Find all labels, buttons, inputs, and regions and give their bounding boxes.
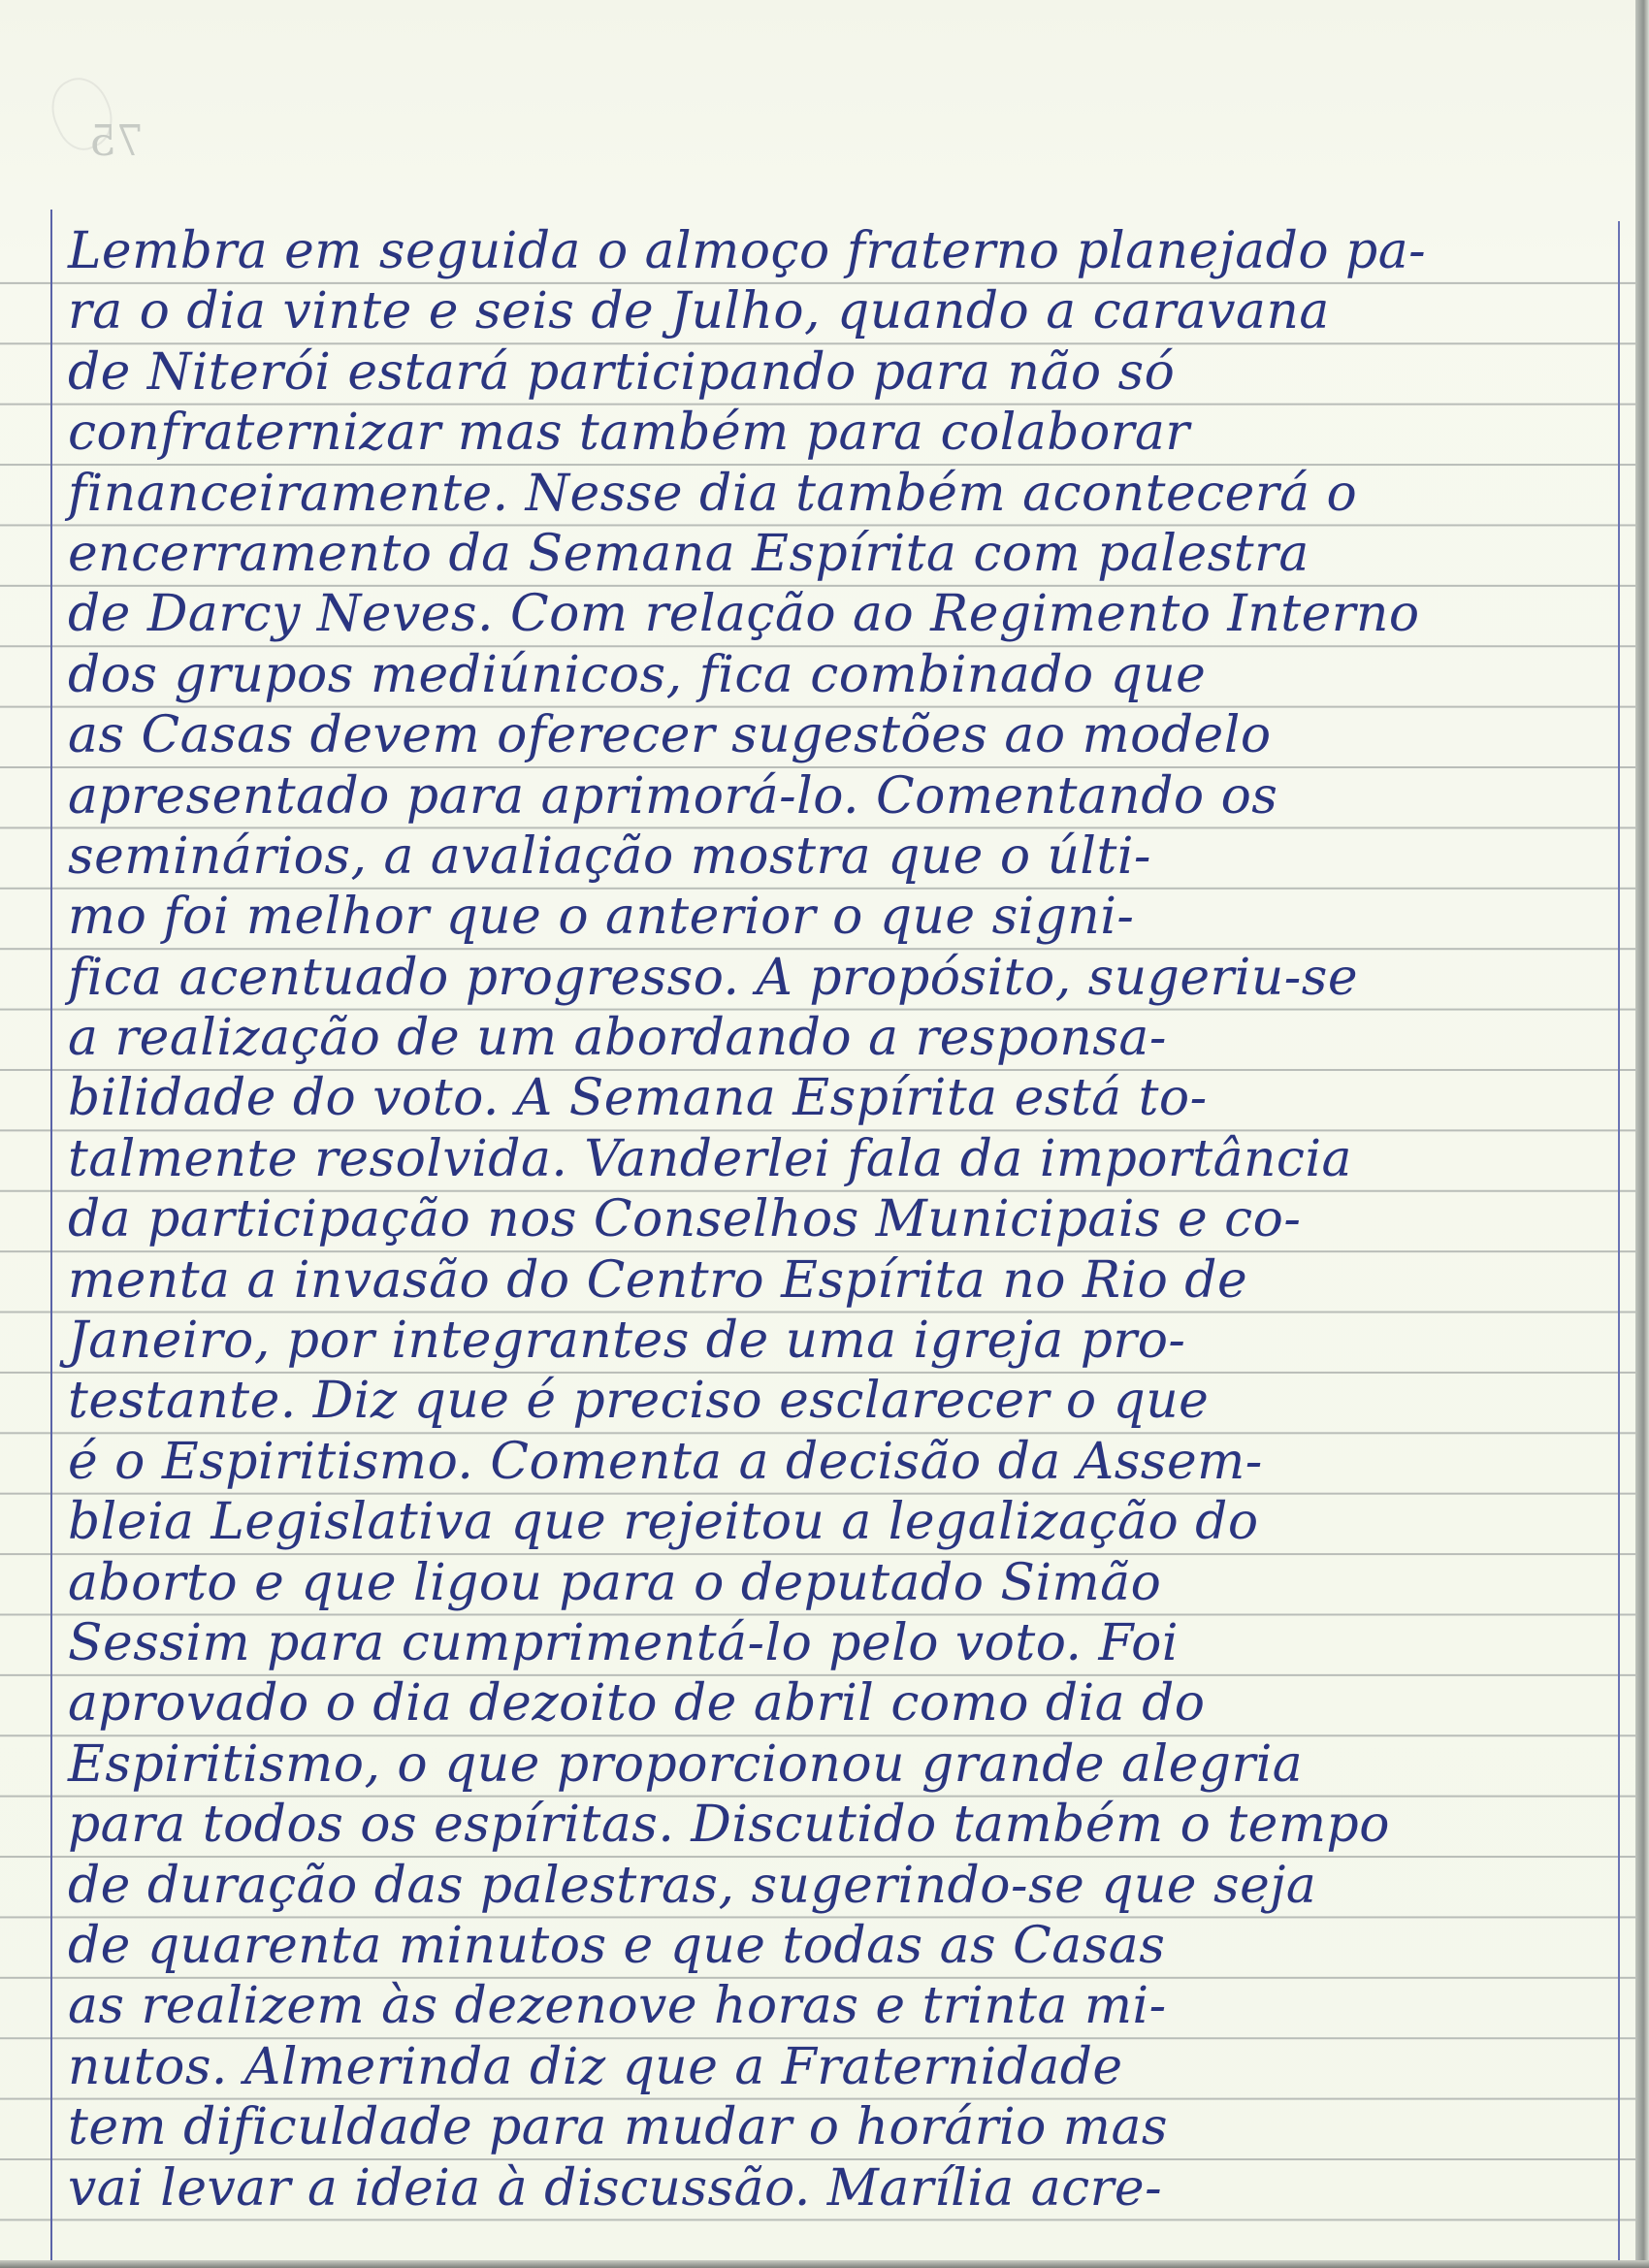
page-edge-shadow xyxy=(1635,0,1649,2268)
handwritten-line: talmente resolvida. Vanderlei fala da im… xyxy=(68,1129,1605,1189)
handwritten-line: Lembra em seguida o almoço fraterno plan… xyxy=(68,221,1605,281)
handwritten-line: seminários, a avaliação mostra que o últ… xyxy=(68,826,1605,887)
handwritten-line: menta a invasão do Centro Espírita no Ri… xyxy=(68,1250,1605,1311)
left-margin-line xyxy=(50,210,52,2268)
handwritten-line: apresentado para aprimorá-lo. Comentando… xyxy=(68,766,1605,826)
handwritten-line: é o Espiritismo. Comenta a decisão da As… xyxy=(68,1432,1605,1492)
page-number: 75 xyxy=(89,116,144,166)
handwritten-line: confraternizar mas também para colaborar xyxy=(68,403,1605,463)
handwritten-line: dos grupos mediúnicos, fica combinado qu… xyxy=(68,645,1605,705)
handwritten-line: as Casas devem oferecer sugestões ao mod… xyxy=(68,705,1605,765)
handwritten-line: Espiritismo, o que proporcionou grande a… xyxy=(68,1734,1605,1795)
handwritten-line: bleia Legislativa que rejeitou a legaliz… xyxy=(68,1492,1605,1552)
handwritten-line: nutos. Almerinda diz que a Fraternidade xyxy=(68,2037,1605,2097)
handwritten-line: bilidade do voto. A Semana Espírita está… xyxy=(68,1068,1605,1128)
handwritten-text-block: Lembra em seguida o almoço fraterno plan… xyxy=(68,221,1610,2219)
handwritten-line: tem dificuldade para mudar o horário mas xyxy=(68,2097,1605,2157)
handwritten-line: mo foi melhor que o anterior o que signi… xyxy=(68,887,1605,947)
handwritten-line: da participação nos Conselhos Municipais… xyxy=(68,1189,1605,1249)
handwritten-line: vai levar a ideia à discussão. Marília a… xyxy=(68,2158,1605,2219)
handwritten-line: aprovado o dia dezoito de abril como dia… xyxy=(68,1673,1605,1733)
page-bottom-shadow xyxy=(0,2260,1649,2268)
handwritten-line: as realizem às dezenove horas e trinta m… xyxy=(68,1976,1605,2036)
handwritten-line: Sessim para cumprimentá-lo pelo voto. Fo… xyxy=(68,1613,1605,1673)
handwritten-line: ra o dia vinte e seis de Julho, quando a… xyxy=(68,281,1605,341)
handwritten-line: de Darcy Neves. Com relação ao Regimento… xyxy=(68,584,1605,644)
handwritten-line: encerramento da Semana Espírita com pale… xyxy=(68,524,1605,584)
handwritten-line: de Niterói estará participando para não … xyxy=(68,342,1605,403)
right-margin-line xyxy=(1618,221,1620,2268)
handwritten-line: aborto e que ligou para o deputado Simão xyxy=(68,1553,1605,1613)
handwritten-line: de quarenta minutos e que todas as Casas xyxy=(68,1916,1605,1976)
handwritten-line: testante. Diz que é preciso esclarecer o… xyxy=(68,1371,1605,1431)
handwritten-line: para todos os espíritas. Discutido també… xyxy=(68,1795,1605,1855)
handwritten-line: a realização de um abordando a responsa- xyxy=(68,1008,1605,1068)
handwritten-line: financeiramente. Nesse dia também aconte… xyxy=(68,464,1605,524)
handwritten-line: fica acentuado progresso. A propósito, s… xyxy=(68,948,1605,1008)
handwritten-line: Janeiro, por integrantes de uma igreja p… xyxy=(68,1311,1605,1371)
handwritten-line: de duração das palestras, sugerindo-se q… xyxy=(68,1856,1605,1916)
